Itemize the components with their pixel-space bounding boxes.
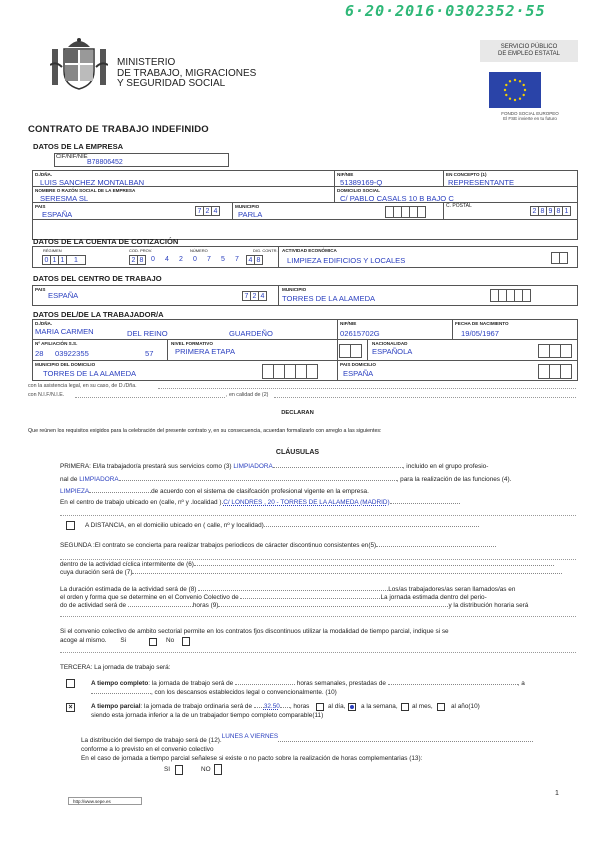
duracion-line1: La duración estimada de la actividad ser… xyxy=(60,586,515,593)
segunda-line1: SEGUNDA :El contrato se concierta para r… xyxy=(60,542,496,549)
afiliacion-numero[interactable]: 03922355 xyxy=(55,349,89,358)
eu-flag-icon xyxy=(489,72,541,108)
primera-line3: LIMPIEZAde acuerdo con el sistema de cla… xyxy=(60,488,369,495)
centro-municipio-code[interactable] xyxy=(491,289,531,302)
distribucion-value[interactable]: LUNES A VIERNES xyxy=(222,733,278,740)
divider xyxy=(32,202,578,203)
segunda-line3: cuya duración será de (7) xyxy=(60,569,562,576)
asistencia-calidad-field[interactable] xyxy=(274,397,576,398)
ministry-name: MINISTERIO DE TRABAJO, MIGRACIONES Y SEG… xyxy=(117,58,256,90)
trabajador-apellido1[interactable]: DEL REINO xyxy=(127,329,168,338)
duracion-line3: do de actividad será de horas (9)y la di… xyxy=(60,602,528,609)
complementarias-no-checkbox[interactable] xyxy=(214,764,222,775)
funciones-value[interactable]: LIMPIEZA xyxy=(60,488,89,495)
divider xyxy=(232,202,233,219)
divider xyxy=(32,219,578,220)
representante-name[interactable]: LUIS SANCHEZ MONTALBAN xyxy=(40,178,144,187)
document-title: CONTRATO DE TRABAJO INDEFINIDO xyxy=(28,124,209,135)
afiliacion-prov[interactable]: 28 xyxy=(35,349,43,358)
semana-checkbox[interactable] xyxy=(348,703,356,711)
asistencia-nif-field[interactable] xyxy=(75,397,225,398)
parcial-line1: A tiempo parcial: la jornada de trabajo … xyxy=(91,703,309,710)
divider xyxy=(367,339,368,360)
complementarias-line: En el caso de jornada a tiempo parcial s… xyxy=(81,755,422,762)
cuenta-cotizacion[interactable]: 2 8 0 4 2 0 7 5 7 4 8 xyxy=(130,255,263,265)
distribucion-line1: La distribución del tiempo de trabajo se… xyxy=(81,737,533,744)
nivel-formativo[interactable]: PRIMERA ETAPA xyxy=(175,347,235,356)
empresa-pais[interactable]: ESPAÑA xyxy=(42,210,72,219)
parcial-line2: siendo esta jornada inferior a la de un … xyxy=(91,712,323,719)
segunda-line2: dentro de la actividad cíclica intermite… xyxy=(60,561,554,568)
distancia-line: A DISTANCIA, en el domicilio ubicado en … xyxy=(85,522,479,529)
divider xyxy=(452,319,453,339)
horas-parcial-value[interactable]: 32.50 xyxy=(264,703,280,710)
centro-pais[interactable]: ESPAÑA xyxy=(48,291,78,300)
distribucion-line2: conforme a lo previsto en el convenio co… xyxy=(81,746,214,753)
fse-caption: FONDO SOCIAL EUROPEO El FSE invierte en … xyxy=(470,111,590,121)
centro-pais-code[interactable]: 7 2 4 xyxy=(243,291,267,301)
mes-checkbox[interactable] xyxy=(401,703,409,711)
domicilio-social[interactable]: C/ PABLO CASALS 10 B BAJO C xyxy=(340,194,454,203)
completo-line1: A tiempo completo: la jornada de trabajo… xyxy=(91,680,525,687)
distancia-checkbox[interactable] xyxy=(66,521,75,530)
trabajador-municipio-code[interactable] xyxy=(263,364,318,379)
divider xyxy=(32,339,578,340)
dotted-line xyxy=(60,515,576,516)
complementarias-si-checkbox[interactable] xyxy=(175,765,183,775)
divider xyxy=(278,285,279,306)
completo-line2: , con los descansos establecidos legal o… xyxy=(91,689,337,696)
tiempo-parcial-checkbox[interactable]: × xyxy=(66,703,75,712)
tercera-title: TERCERA: La jornada de trabajo será: xyxy=(60,664,170,671)
trabajador-nombre[interactable]: MARIA CARMEN xyxy=(35,327,94,336)
page-number: 1 xyxy=(555,790,559,797)
clausulas-title: CLÁUSULAS xyxy=(0,449,595,456)
convenio-line1: Si el convenio colectivo de ambito secto… xyxy=(60,628,449,635)
dotted-line xyxy=(60,616,576,617)
duracion-line2: el orden y forma que se determine en el … xyxy=(60,594,487,601)
primera-line2: nal de LIMPIADORA, para la realización d… xyxy=(60,476,511,483)
nacionalidad-code[interactable] xyxy=(539,344,572,358)
regimen[interactable]: 0 1 1 1 xyxy=(43,255,86,265)
primera-line1: PRIMERA: El/la trabajador/a prestará sus… xyxy=(60,463,488,470)
dotted-line xyxy=(60,559,576,560)
centro-municipio[interactable]: TORRES DE LA ALAMEDA xyxy=(282,294,375,303)
fecha-nacimiento[interactable]: 19/05/1967 xyxy=(461,329,499,338)
declaran-title: DECLARAN xyxy=(0,410,595,416)
convenio-si-checkbox[interactable] xyxy=(149,638,157,646)
representante-nif[interactable]: 51389169-Q xyxy=(340,178,382,187)
centro-direccion[interactable]: C/ LONDRES , 20 - TORRES DE LA ALAMEDA (… xyxy=(223,499,389,506)
centro-line: En el centro de trabajo ubicado en (call… xyxy=(60,499,460,506)
afiliacion-dc[interactable]: 57 xyxy=(145,349,153,358)
sepe-logo: SERVICIO PÚBLICO DE EMPLEO ESTATAL xyxy=(480,40,578,62)
anio-checkbox[interactable] xyxy=(437,703,445,711)
sepe-url-link[interactable]: http://www.sepe.es xyxy=(68,797,142,805)
codigo-postal[interactable]: 2 8 9 8 1 xyxy=(531,206,571,216)
empresa-municipio-code[interactable] xyxy=(386,206,426,218)
coat-of-arms-icon xyxy=(50,35,108,93)
dia-checkbox[interactable] xyxy=(316,703,324,711)
divider xyxy=(334,170,335,202)
divider xyxy=(278,246,279,268)
registration-stamp: 6·20·2016·0302352·55 xyxy=(345,2,546,20)
actividad-economica[interactable]: LIMPIEZA EDIFICIOS Y LOCALES xyxy=(287,256,405,265)
section-title-trabajador: DATOS DEL/DE LA TRABAJADOR/A xyxy=(33,310,164,319)
trabajador-municipio[interactable]: TORRES DE LA ALAMEDA xyxy=(43,369,136,378)
divider xyxy=(443,170,444,186)
section-title-empresa: DATOS DE LA EMPRESA xyxy=(33,142,123,151)
empresa-pais-code[interactable]: 7 2 4 xyxy=(196,206,220,216)
divider xyxy=(167,339,168,360)
section-title-cotizacion: DATOS DE LA CUENTA DE COTIZACIÓN xyxy=(33,237,178,246)
trabajador-nif[interactable]: 02615702G xyxy=(340,329,380,338)
trabajador-pais[interactable]: ESPAÑA xyxy=(343,369,373,378)
convenio-no-checkbox[interactable] xyxy=(182,637,190,646)
declaran-text: Que reúnen los requisitos exigidos para … xyxy=(28,428,382,434)
trabajador-pais-code[interactable] xyxy=(539,364,572,379)
actividad-code[interactable] xyxy=(552,252,568,264)
grupo-value[interactable]: LIMPIADORA xyxy=(79,476,118,483)
nivel-code[interactable] xyxy=(340,344,362,358)
tiempo-completo-checkbox[interactable] xyxy=(66,679,75,688)
divider xyxy=(337,319,338,381)
concepto-value[interactable]: REPRESENTANTE xyxy=(448,178,514,187)
asistencia-field[interactable] xyxy=(158,388,576,389)
dotted-line xyxy=(60,652,576,653)
razon-social[interactable]: SERESMA SL xyxy=(40,194,88,203)
nacionalidad[interactable]: ESPAÑOLA xyxy=(372,347,412,356)
cif-field[interactable]: CIF/NIF/NIE B78806452 xyxy=(54,153,229,167)
puesto-value[interactable]: LIMPIADORA xyxy=(233,463,272,470)
trabajador-apellido2[interactable]: GUARDEÑO xyxy=(229,329,273,338)
convenio-line2: acoge al mismo. Si xyxy=(60,637,126,644)
section-title-centro: DATOS DEL CENTRO DE TRABAJO xyxy=(33,274,162,283)
divider xyxy=(443,202,444,219)
empresa-municipio[interactable]: PARLA xyxy=(238,210,262,219)
divider xyxy=(32,360,578,361)
